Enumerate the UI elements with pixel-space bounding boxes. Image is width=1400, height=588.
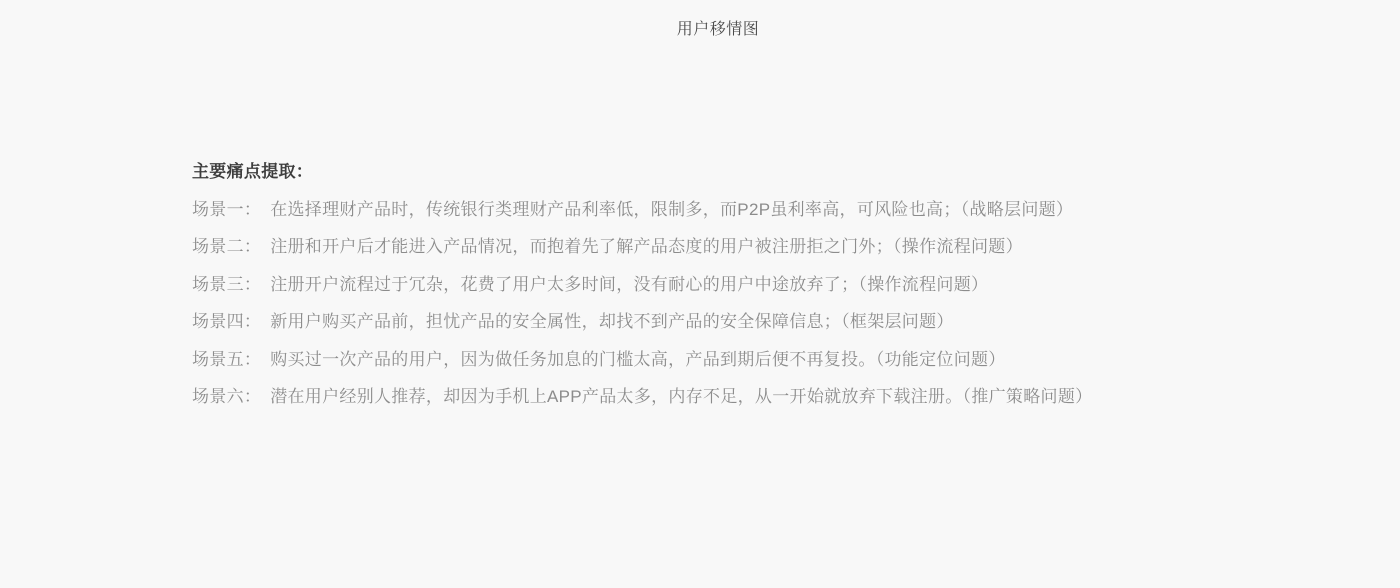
pain-point-row-1: 场景一：在选择理财产品时，传统银行类理财产品利率低，限制多，而P2P虽利率高，可… — [192, 191, 1372, 229]
pain-point-row-6: 场景六：潜在用户经别人推荐，却因为手机上APP产品太多，内存不足，从一开始就放弃… — [192, 378, 1372, 416]
scenario-label: 场景二： — [192, 237, 261, 256]
scenario-label: 场景一： — [192, 200, 261, 219]
pain-points-heading: 主要痛点提取： — [192, 153, 1372, 191]
scenario-text: 在选择理财产品时，传统银行类理财产品利率低，限制多，而P2P虽利率高，可风险也高… — [270, 200, 1073, 219]
pain-point-row-5: 场景五：购买过一次产品的用户，因为做任务加息的门槛太高，产品到期后便不再复投。（… — [192, 341, 1372, 379]
scenario-label: 场景五： — [192, 350, 261, 369]
pain-points-section: 主要痛点提取： 场景一：在选择理财产品时，传统银行类理财产品利率低，限制多，而P… — [192, 153, 1372, 416]
scenario-text: 购买过一次产品的用户，因为做任务加息的门槛太高，产品到期后便不再复投。（功能定位… — [270, 350, 1005, 369]
pain-point-row-4: 场景四：新用户购买产品前，担忧产品的安全属性，却找不到产品的安全保障信息；（框架… — [192, 303, 1372, 341]
scenario-label: 场景六： — [192, 387, 261, 406]
scenario-text: 注册开户流程过于冗杂，花费了用户太多时间，没有耐心的用户中途放弃了；（操作流程问… — [270, 275, 988, 294]
scenario-label: 场景四： — [192, 312, 261, 331]
pain-point-row-2: 场景二：注册和开户后才能进入产品情况，而抱着先了解产品态度的用户被注册拒之门外；… — [192, 228, 1372, 266]
scenario-text: 潜在用户经别人推荐，却因为手机上APP产品太多，内存不足，从一开始就放弃下载注册… — [270, 387, 1092, 406]
scenario-label: 场景三： — [192, 275, 261, 294]
scenario-text: 注册和开户后才能进入产品情况，而抱着先了解产品态度的用户被注册拒之门外；（操作流… — [270, 237, 1023, 256]
pain-point-row-3: 场景三：注册开户流程过于冗杂，花费了用户太多时间，没有耐心的用户中途放弃了；（操… — [192, 266, 1372, 304]
scenario-text: 新用户购买产品前，担忧产品的安全属性，却找不到产品的安全保障信息；（框架层问题） — [270, 312, 954, 331]
page-title: 用户移情图 — [0, 16, 1400, 39]
